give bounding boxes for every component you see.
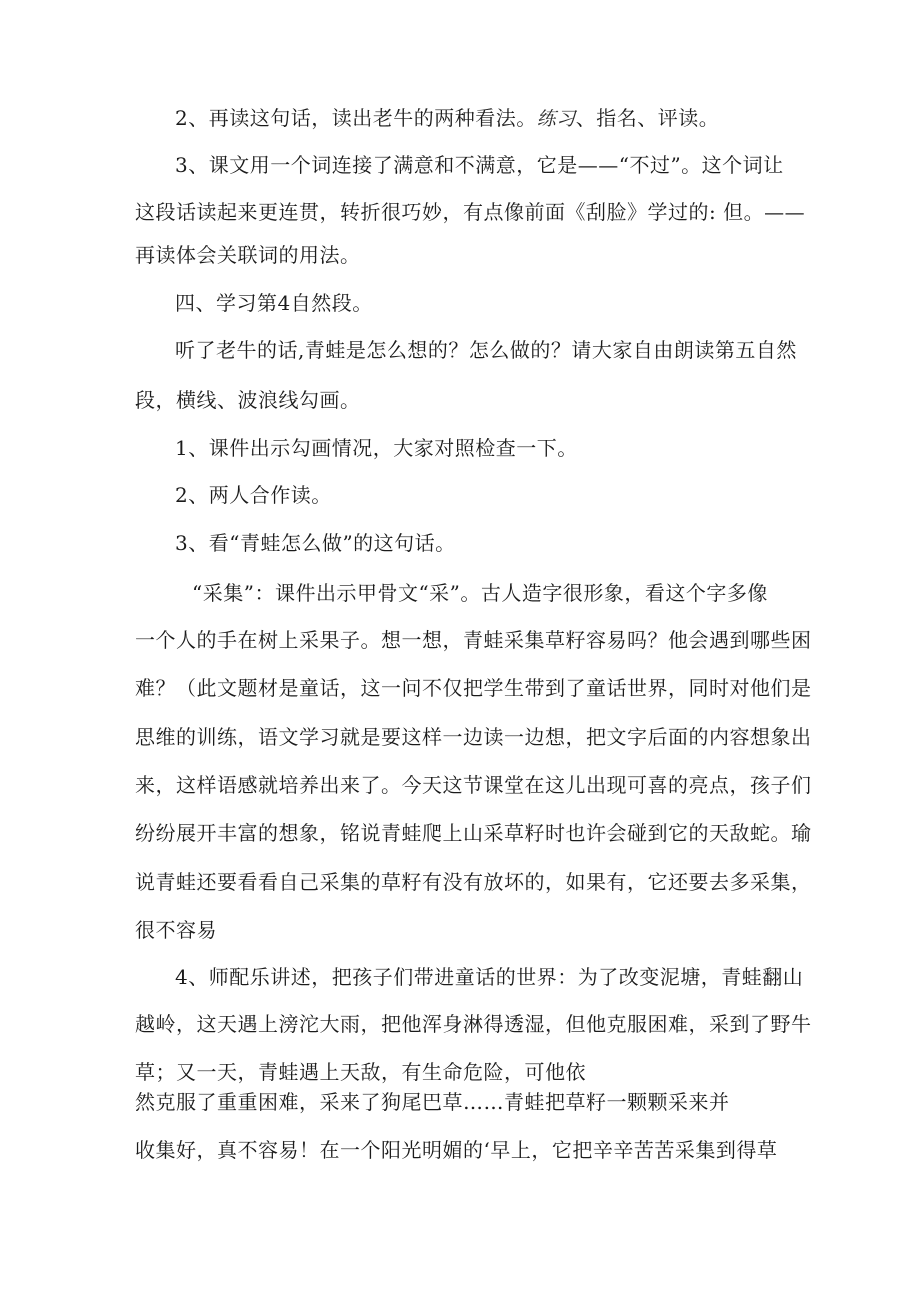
text-line-20: 越岭，这天遇上滂沱大雨，把他浑身淋得透湿，但他克服困难，采到了野牛 — [135, 1009, 812, 1039]
text-line-23: 收集好，真不容易！在一个阳光明媚的‘早上，它把辛辛苦苦采集到得草 — [135, 1135, 777, 1165]
line-text: 、指名、评读。 — [576, 106, 720, 130]
text-line-10: 3、看“青蛙怎么做”的这句话。 — [175, 528, 456, 558]
text-line-4: 再读体会关联词的用法。 — [135, 240, 361, 270]
text-line-17: 说青蛙还要看看自己采集的草籽有没有放坏的，如果有，它还要去多采集， — [135, 867, 812, 897]
text-line-12: 一个人的手在树上采果子。想一想，青蛙采集草籽容易吗？他会遇到哪些困 — [135, 625, 812, 655]
text-line-5: 四、学习第4自然段。 — [175, 288, 373, 318]
text-line-22: 然克服了重重困难，采来了狗尾巴草……青蛙把草籽一颗颗采来并 — [135, 1087, 730, 1117]
text-line-3: 这段话读起来更连贯，转折很巧妙，有点像前面《刮脸》学过的: 但。—— — [135, 197, 805, 227]
document-page: 2、再读这句话，读出老牛的两种看法。练习、指名、评读。 3、课文用一个词连接了满… — [0, 0, 920, 1301]
handwritten-term: 练习 — [537, 108, 576, 130]
text-line-9: 2、两人合作读。 — [175, 480, 332, 510]
text-line-1: 2、再读这句话，读出老牛的两种看法。练习、指名、评读。 — [175, 103, 719, 134]
text-line-7: 段，横线、波浪线勾画。 — [135, 385, 361, 415]
text-line-13: 难？（此文题材是童话，这一问不仅把学生带到了童话世界，同时对他们是 — [135, 673, 812, 703]
text-line-15: 来，这样语感就培养出来了。今天这节课堂在这儿出现可喜的亮点，孩子们 — [135, 770, 812, 800]
text-line-18: 很不容易 — [135, 915, 217, 945]
text-line-11: “采集”：课件出示甲骨文“采”。古人造字很形象，看这个字多像 — [192, 578, 768, 608]
text-line-2: 3、课文用一个词连接了满意和不满意，它是——“不过”。这个词让 — [175, 150, 784, 180]
text-line-6: 听了老牛的话,青蛙是怎么想的？怎么做的？请大家自由朗读第五自然 — [175, 335, 797, 365]
text-line-19: 4、师配乐讲述，把孩子们带进童话的世界：为了改变泥塘，青蛙翻山 — [175, 962, 803, 992]
text-line-21: 草；又一天，青蛙遇上天敌，有生命危险，可他依 — [135, 1057, 586, 1087]
text-line-8: 1、课件出示勾画情况，大家对照检查一下。 — [175, 433, 578, 463]
text-line-14: 思维的训练，语文学习就是要这样一边读一边想，把文字后面的内容想象出 — [135, 722, 812, 752]
text-line-16: 纷纷展开丰富的想象，铭说青蛙爬上山采草籽时也许会碰到它的天敌蛇。瑜 — [135, 818, 812, 848]
line-text: 2、再读这句话，读出老牛的两种看法。 — [175, 106, 537, 130]
